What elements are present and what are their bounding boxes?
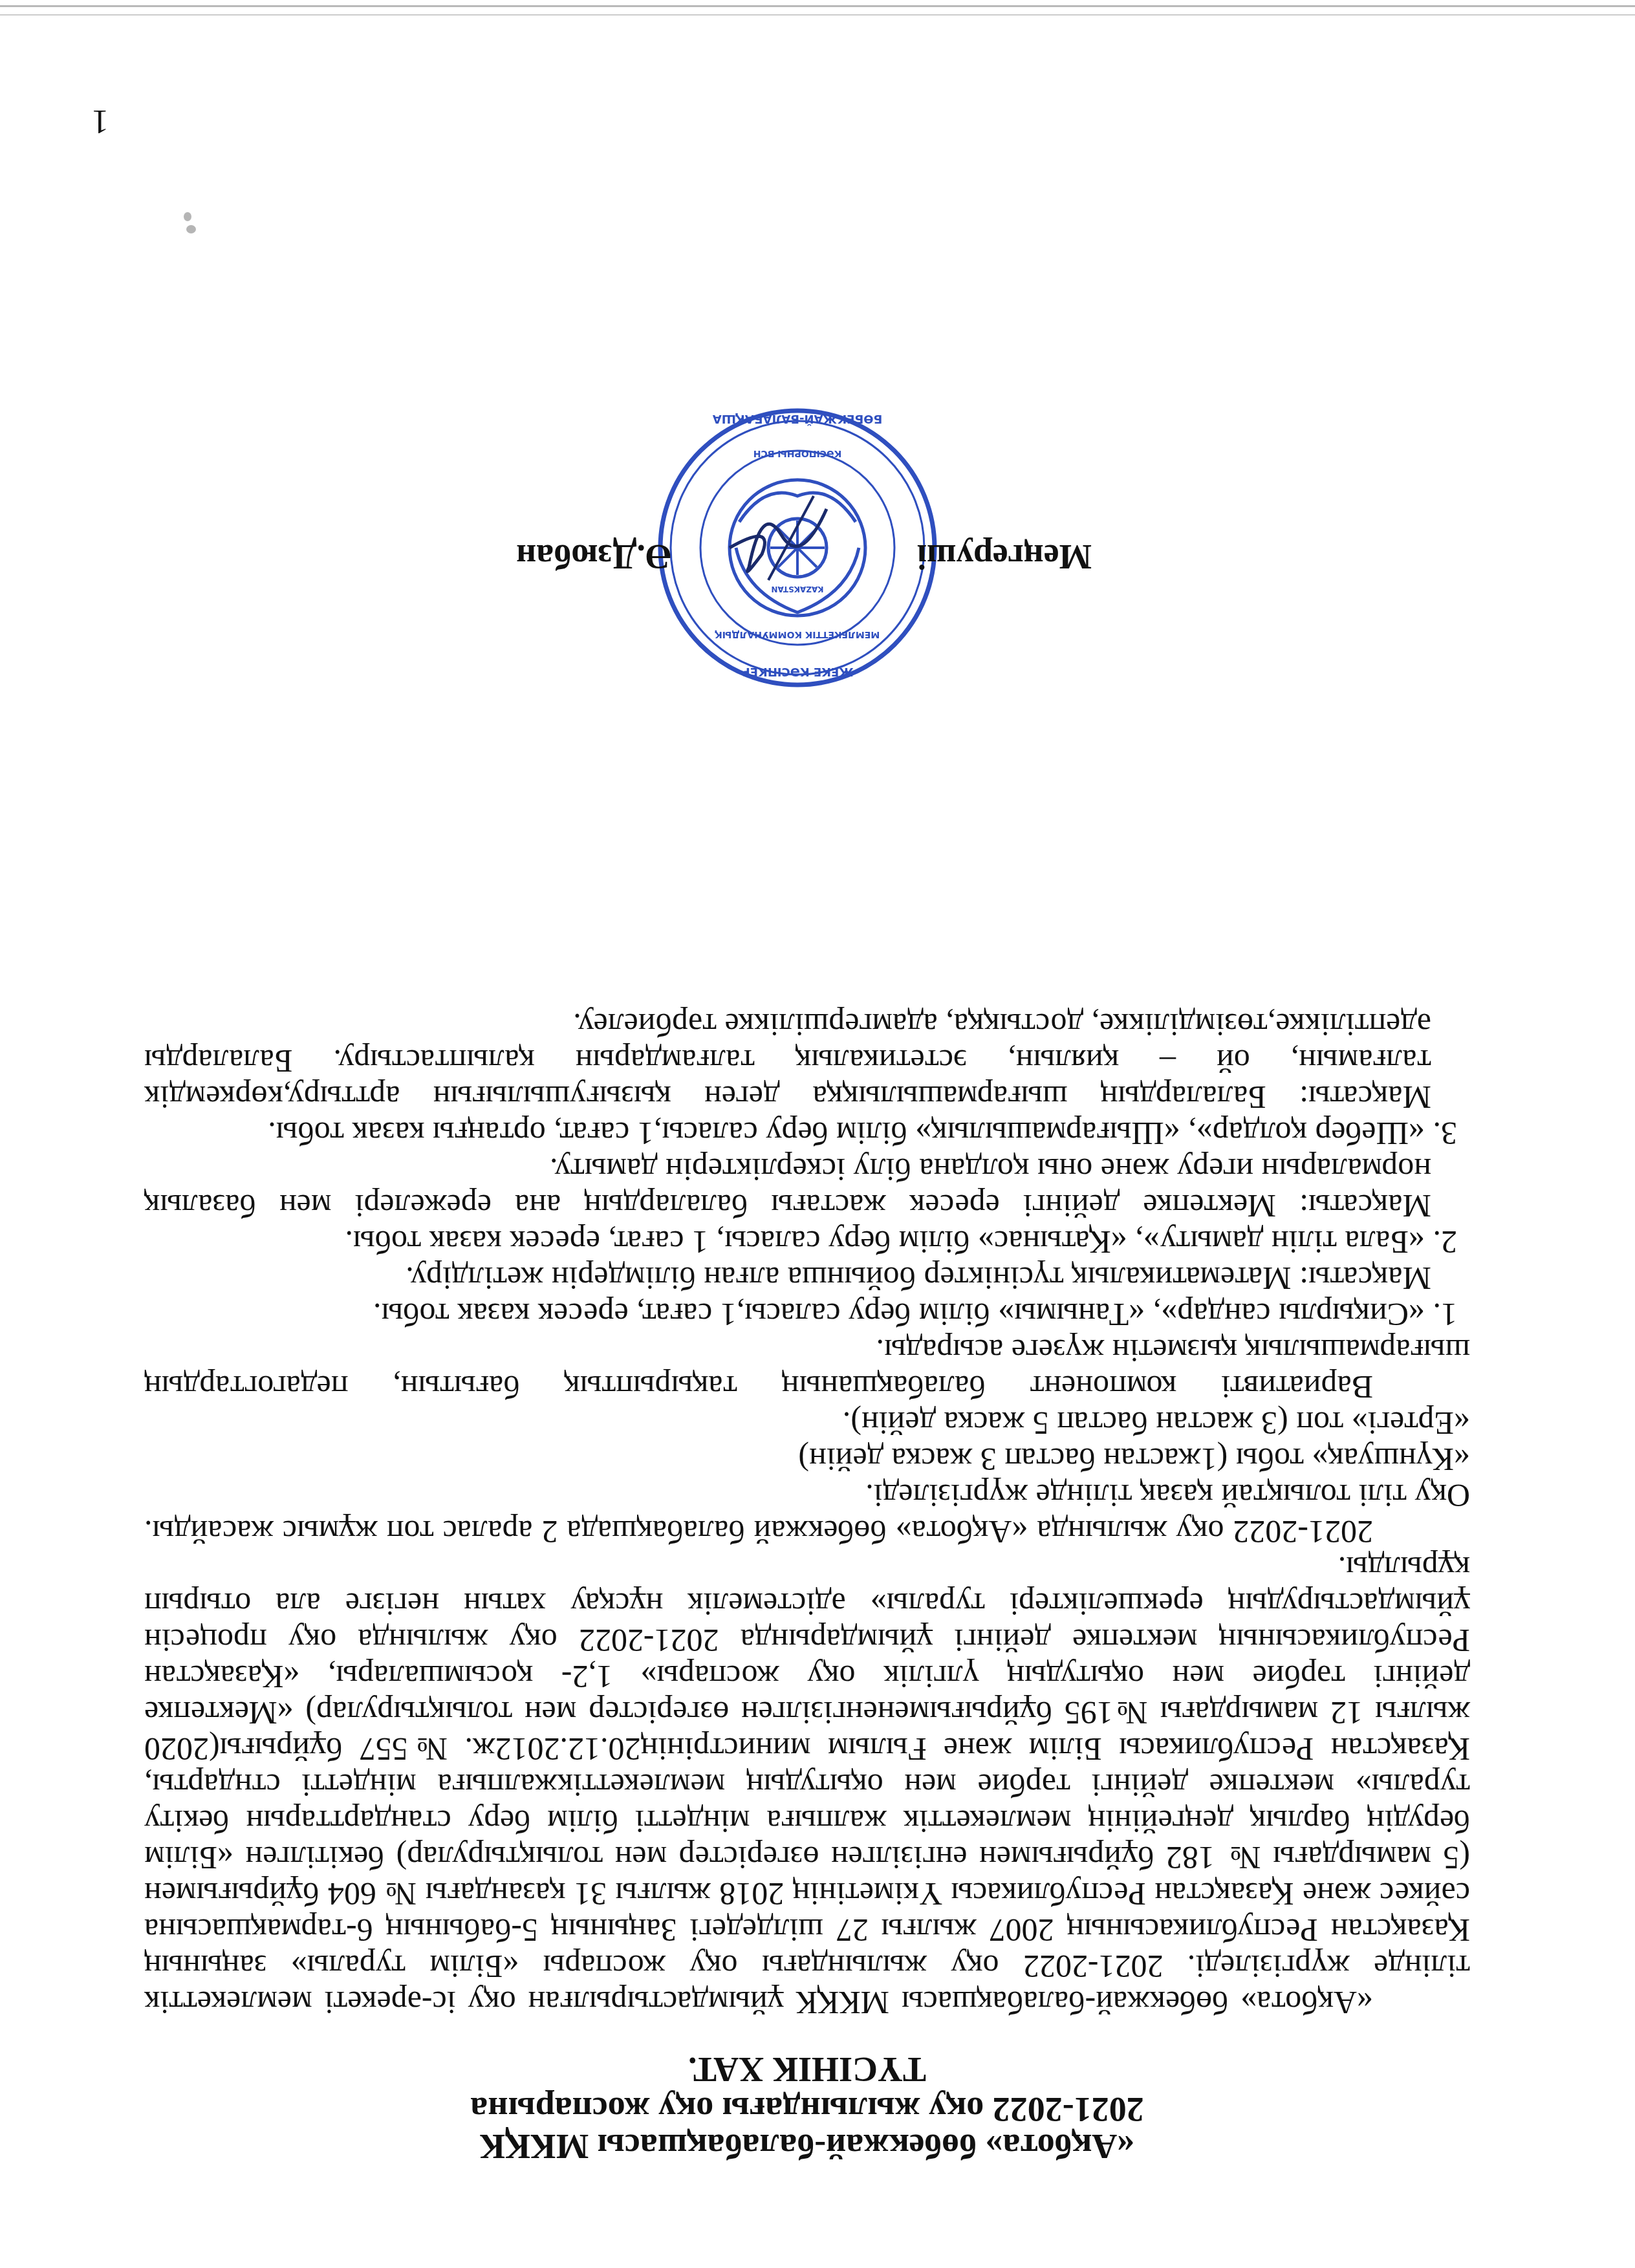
signer-name: Ә.Дзюбан: [516, 537, 671, 577]
paragraph-groups-intro: 2021-2022 оқу жылында «Ақбота» бөбекжай …: [144, 1478, 1470, 1550]
document-page: «Ақбота» бөбекжай-балабақшасы МКҚК 2021-…: [0, 0, 1635, 2268]
group-item: «Күншуақ» тобы (1жастан бастап 3 жаска д…: [144, 1442, 1470, 1478]
list-item: 3. «Шебер қолдар», «Шығармашылық» білім …: [144, 1116, 1470, 1152]
page-number: 1: [92, 102, 109, 140]
list-text: «Бала тілін дамыту», «Қатынас» білім бер…: [345, 1224, 1425, 1260]
list-text: «Сиқырлы сандар», «Танымы» білім беру са…: [373, 1297, 1425, 1333]
list-goal: Мақсаты: Мектепке дейінгі ересек жастағы…: [144, 1152, 1470, 1224]
list-text: «Шебер қолдар», «Шығармашылық» білім бер…: [268, 1116, 1425, 1152]
title-line-1: «Ақбота» бөбекжай-балабақшасы МКҚК: [144, 2128, 1470, 2165]
list-item: 1. «Сиқырлы сандар», «Танымы» білім беру…: [144, 1297, 1470, 1333]
list-number: 2.: [1433, 1224, 1458, 1260]
group-item: «Ертегі» топ (3 жастан бастап 5 жаска де…: [144, 1405, 1470, 1442]
list-item: 2. «Бала тілін дамыту», «Қатынас» білім …: [144, 1224, 1470, 1260]
list-number: 1.: [1433, 1297, 1458, 1333]
list-number: 3.: [1433, 1116, 1458, 1152]
svg-text:БӨБЕКЖАЙ-БАЛАБАҚША: БӨБЕКЖАЙ-БАЛАБАҚША: [713, 412, 883, 426]
signature-block: ЖЕКЕ КӘСІПКЕР БӨБЕКЖАЙ-БАЛАБАҚША МЕМЛЕКЕ…: [316, 418, 1092, 690]
title-line-2: 2021-2022 оқу жылындағы оқу жоспарына: [144, 2091, 1470, 2128]
paragraph-variative: Вариативті компонент балабақшаның тақыры…: [144, 1333, 1470, 1405]
list-goal: Мақсаты: Балалардың шығармашылыққа деген…: [144, 1007, 1470, 1116]
title-line-3: ТҮСІНІК ХАТ.: [144, 2051, 1470, 2088]
signature-scribble: [710, 477, 839, 606]
list-goal: Мақсаты: Математикалық түсініктер бойынш…: [144, 1260, 1470, 1297]
svg-text:ЖЕКЕ КӘСІПКЕР: ЖЕКЕ КӘСІПКЕР: [742, 665, 854, 678]
svg-text:МЕМЛЕКЕТТІК КОММУНАЛДЫҚ: МЕМЛЕКЕТТІК КОММУНАЛДЫҚ: [715, 629, 880, 640]
document-body: «Ақбота» бөбекжай-балабақшасы МКҚК 2021-…: [144, 1007, 1470, 2165]
signer-role: Меңгеруші: [917, 537, 1092, 577]
document-title: «Ақбота» бөбекжай-балабақшасы МКҚК 2021-…: [144, 2051, 1470, 2165]
svg-text:КӘСІПОРНЫ БСН: КӘСІПОРНЫ БСН: [753, 448, 841, 459]
paragraph-intro: «Ақбота» бөбекжай-балабақшасы МКҚК ұйымд…: [144, 1550, 1470, 2021]
